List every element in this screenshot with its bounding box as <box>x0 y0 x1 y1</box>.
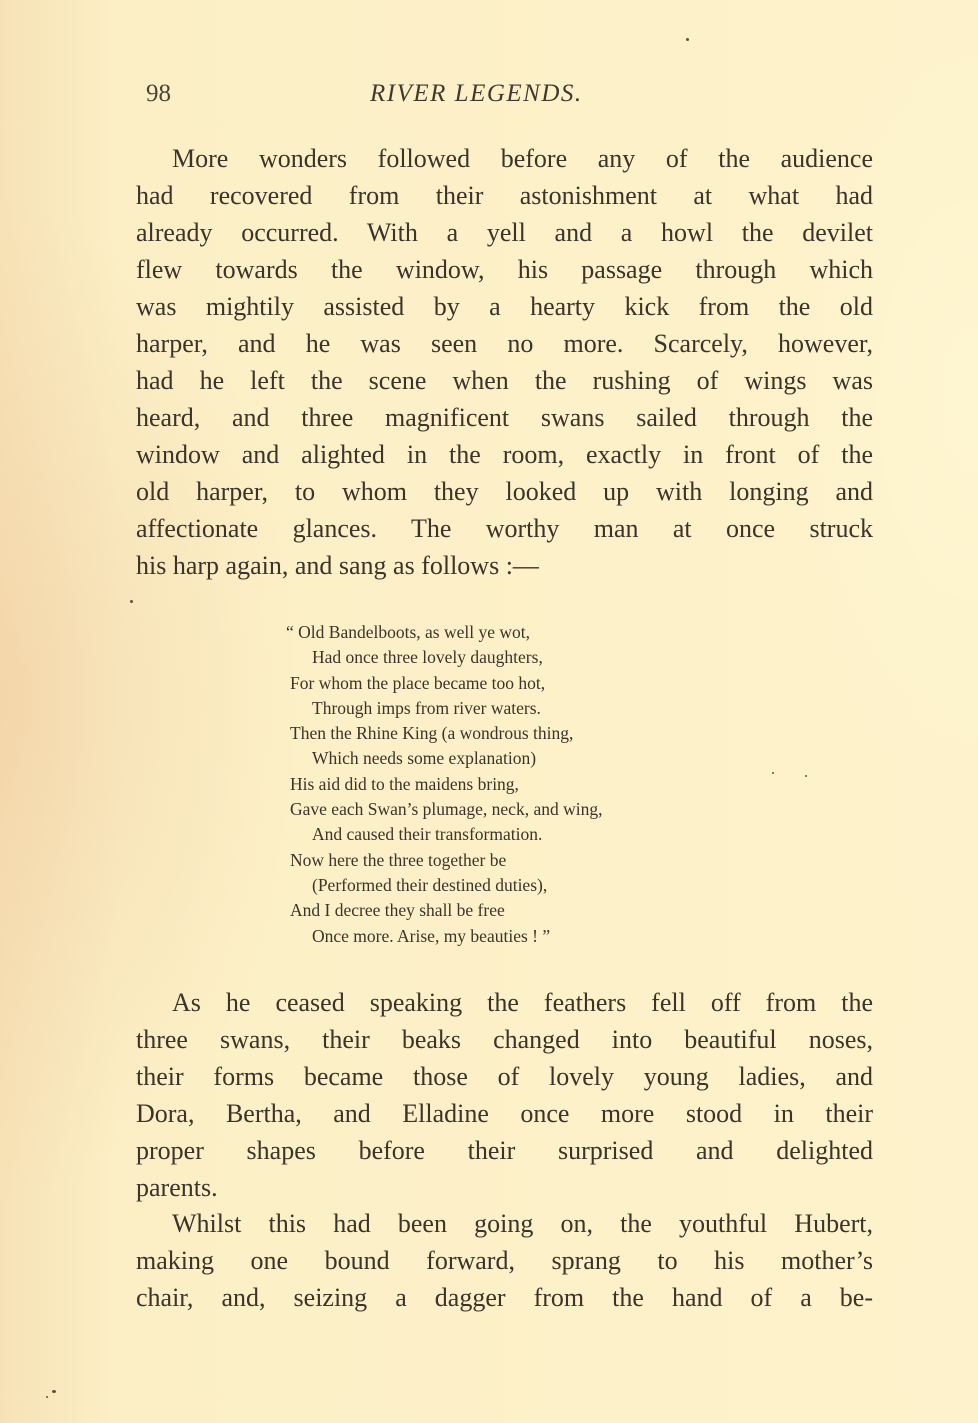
text-line: proper shapes before their surprised and… <box>136 1132 873 1169</box>
verse-line: Then the Rhine King (a wondrous thing, <box>290 721 602 746</box>
text-line: Dora, Bertha, and Elladine once more sto… <box>136 1095 873 1132</box>
running-head: 98 RIVER LEGENDS. <box>146 80 870 116</box>
text-line: was mightily assisted by a hearty kick f… <box>136 288 873 325</box>
verse-line: For whom the place became too hot, <box>290 671 602 696</box>
paper-speck <box>130 600 133 603</box>
paper-speck <box>772 772 774 774</box>
text-line: three swans, their beaks changed into be… <box>136 1021 873 1058</box>
text-line: heard, and three magnificent swans saile… <box>136 399 873 436</box>
verse-line: Now here the three together be <box>290 848 602 873</box>
text-line: More wonders followed before any of the … <box>136 140 873 177</box>
verse-block: “ Old Bandelboots, as well ye wot, Had o… <box>290 620 602 949</box>
text-line: parents. <box>136 1169 873 1206</box>
text-line: window and alighted in the room, exactly… <box>136 436 873 473</box>
paper-speck <box>805 775 807 777</box>
paper-speck <box>46 1396 48 1398</box>
verse-line: “ Old Bandelboots, as well ye wot, <box>286 620 602 645</box>
verse-line: Gave each Swan’s plumage, neck, and wing… <box>290 797 602 822</box>
text-line: old harper, to whom they looked up with … <box>136 473 873 510</box>
page-number: 98 <box>146 80 171 108</box>
running-title: RIVER LEGENDS. <box>370 80 583 108</box>
text-line: his harp again, and sang as follows :— <box>136 547 873 584</box>
text-line: their forms became those of lovely young… <box>136 1058 873 1095</box>
paragraph-2: As he ceased speaking the feathers fell … <box>136 984 873 1206</box>
verse-line: Which needs some explanation) <box>290 746 602 771</box>
text-line: had recovered from their astonishment at… <box>136 177 873 214</box>
paragraph-1: More wonders followed before any of the … <box>136 140 873 584</box>
verse-line: Had once three lovely daughters, <box>290 645 602 670</box>
verse-line: (Performed their destined duties), <box>290 873 602 898</box>
text-line: harper, and he was seen no more. Scarcel… <box>136 325 873 362</box>
verse-line: His aid did to the maidens bring, <box>290 772 602 797</box>
paper-speck <box>52 1390 56 1393</box>
text-line: already occurred. With a yell and a howl… <box>136 214 873 251</box>
text-line: flew towards the window, his passage thr… <box>136 251 873 288</box>
verse-line: And caused their transformation. <box>290 822 602 847</box>
verse-line: Through imps from river waters. <box>290 696 602 721</box>
verse-line: Once more. Arise, my beauties ! ” <box>290 924 602 949</box>
verse-line: And I decree they shall be free <box>290 898 602 923</box>
text-line: Whilst this had been going on, the youth… <box>136 1205 873 1242</box>
text-line: chair, and, seizing a dagger from the ha… <box>136 1279 873 1316</box>
paragraph-3: Whilst this had been going on, the youth… <box>136 1205 873 1316</box>
text-line: affectionate glances. The worthy man at … <box>136 510 873 547</box>
text-line: had he left the scene when the rushing o… <box>136 362 873 399</box>
paper-speck <box>686 38 689 41</box>
book-page: 98 RIVER LEGENDS. More wonders followed … <box>0 0 978 1423</box>
text-line: As he ceased speaking the feathers fell … <box>136 984 873 1021</box>
text-line: making one bound forward, sprang to his … <box>136 1242 873 1279</box>
